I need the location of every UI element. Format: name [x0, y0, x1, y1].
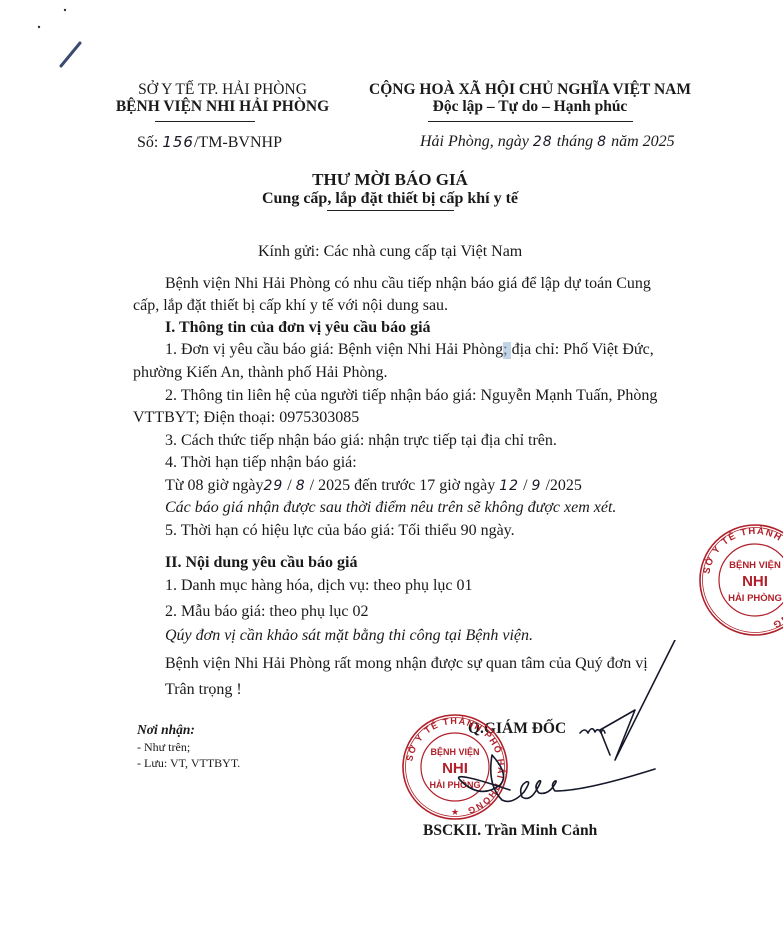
intro-line-2: cấp, lắp đặt thiết bị cấp khí y tế với n… [133, 295, 448, 317]
header-left-underline [155, 121, 255, 122]
period-to-year: /2025 [545, 477, 581, 494]
date-year: năm 2025 [611, 133, 675, 150]
svg-text:NHI: NHI [742, 573, 768, 590]
section-2-item-1: 1. Danh mục hàng hóa, dịch vụ: theo phụ … [165, 575, 473, 597]
ministry-name: SỞ Y TẾ TP. HẢI PHÒNG [115, 81, 330, 99]
late-submission-note: Các báo giá nhận được sau thời điểm nêu … [165, 497, 616, 519]
intro-line-1: Bệnh viện Nhi Hải Phòng có nhu cầu tiếp … [165, 273, 651, 295]
number-suffix: /TM-BVNHP [194, 134, 282, 151]
recipient-item: - Như trên; [137, 740, 190, 755]
section-2-heading: II. Nội dung yêu cầu báo giá [165, 552, 358, 574]
svg-text:BỆNH VIỆN: BỆNH VIỆN [729, 559, 781, 571]
nation-name: CỘNG HOÀ XÃ HỘI CHỦ NGHĨA VIỆT NAM [360, 81, 700, 99]
section-1-item-4: 4. Thời hạn tiếp nhận báo giá: [165, 452, 357, 474]
period-to-prefix: đến trước 17 giờ ngày [354, 477, 495, 494]
section-1-item-1-line-1: 1. Đơn vị yêu cầu báo giá: Bệnh viện Nhi… [165, 339, 654, 361]
svg-text:HẢI PHÒNG: HẢI PHÒNG [728, 592, 782, 604]
number-prefix: Số: [137, 134, 158, 151]
closing-line-2: Trân trọng ! [165, 679, 242, 701]
period-to-month: 9 [532, 478, 542, 494]
partial-stamp: SỞ Y TẾ THÀNH PHỐ HẢI PHÒNG BỆNH VIỆN NH… [695, 520, 783, 645]
period-from-day: 29 [263, 478, 283, 494]
period-to-day: 12 [499, 478, 519, 494]
date-month-label: tháng [557, 133, 593, 150]
national-motto: Độc lập – Tự do – Hạnh phúc [380, 98, 680, 116]
document-title: THƯ MỜI BÁO GIÁ [240, 170, 540, 190]
subtitle-underline [327, 210, 454, 211]
section-1-item-2-line-2: VTTBYT; Điện thoại: 0975303085 [133, 407, 359, 429]
section-1-item-2-line-1: 2. Thông tin liên hệ của người tiếp nhận… [165, 385, 657, 407]
signature-scribble [430, 640, 730, 840]
greeting: Kính gửi: Các nhà cung cấp tại Việt Nam [258, 241, 522, 263]
date-day: 28 [533, 134, 553, 150]
document-subtitle: Cung cấp, lắp đặt thiết bị cấp khí y tế [240, 190, 540, 208]
period-from-prefix: Từ 08 giờ ngày [165, 477, 263, 494]
text-cursor-highlight [503, 342, 511, 359]
section-2-item-2: 2. Mẫu báo giá: theo phụ lục 02 [165, 601, 369, 623]
period-from-month: 8 [296, 478, 306, 494]
document-number: Số: 156/TM-BVNHP [137, 133, 282, 152]
recipient-item: - Lưu: VT, VTTBYT. [137, 756, 240, 771]
motto-underline [428, 121, 633, 122]
scan-mark [0, 0, 120, 80]
hospital-name: BỆNH VIỆN NHI HẢI PHÒNG [110, 98, 335, 116]
date-month: 8 [597, 134, 607, 150]
date-line: Hải Phòng, ngày 28 tháng 8 năm 2025 [420, 133, 675, 151]
recipients-label: Nơi nhận: [137, 722, 195, 738]
number-handwritten: 156 [162, 133, 194, 151]
section-1-item-5: 5. Thời hạn có hiệu lực của báo giá: Tối… [165, 520, 515, 542]
section-1-item-3: 3. Cách thức tiếp nhận báo giá: nhận trự… [165, 430, 557, 452]
section-1-heading: I. Thông tin của đơn vị yêu cầu báo giá [165, 317, 431, 339]
section-1-item-1-line-2: phường Kiến An, thành phố Hải Phòng. [133, 362, 387, 384]
date-place: Hải Phòng, ngày [420, 133, 529, 150]
period-from-year: / 2025 [310, 477, 350, 494]
submission-period: Từ 08 giờ ngày29 / 8 / 2025 đến trước 17… [165, 475, 582, 497]
